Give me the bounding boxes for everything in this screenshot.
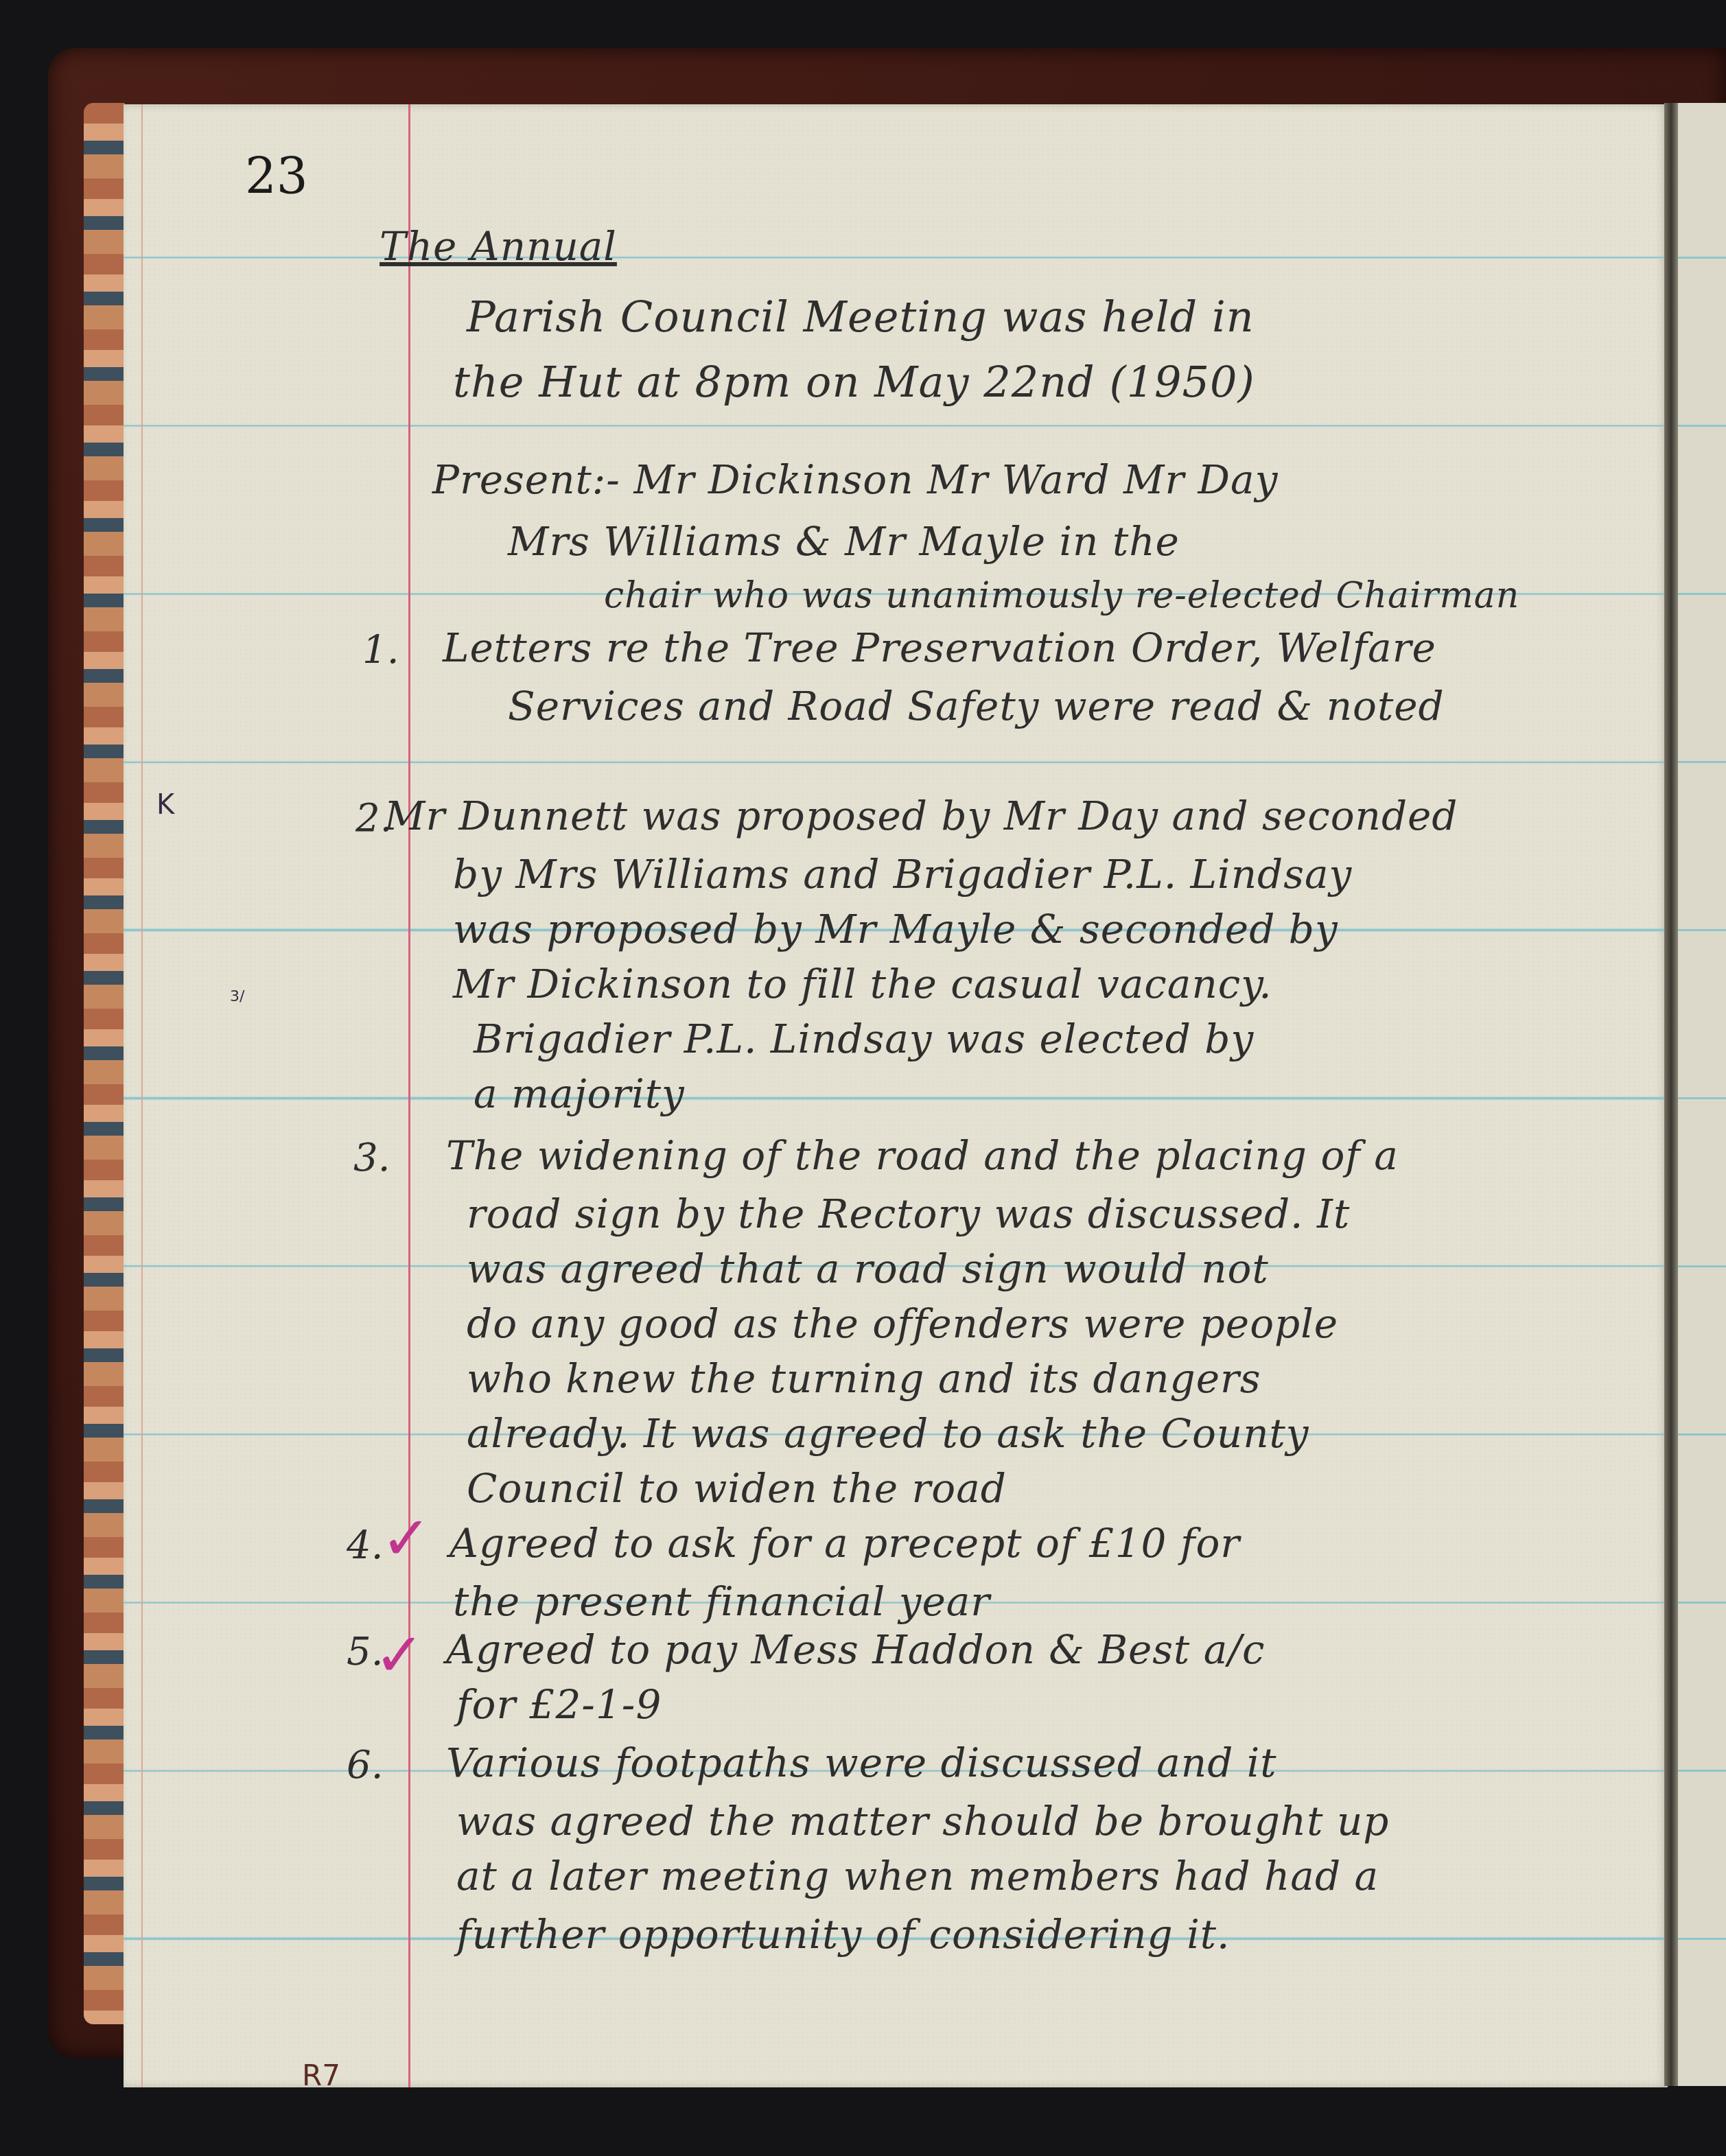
intro-line-2: the Hut at 8pm on May 22nd (1950) [453,357,1255,407]
item-2-line-5: Brigadier P.L. Lindsay was elected by [474,1016,1254,1062]
item-6-line-4: further opportunity of considering it. [456,1911,1230,1958]
item-6-number: 6. [347,1743,383,1788]
item-3-line-4: do any good as the offenders were people [467,1300,1338,1347]
item-1-number: 1. [362,628,399,672]
item-4-number: 4. [347,1523,383,1568]
item-4-tick-icon: ✓ [381,1503,432,1573]
minutes-title: The Annual [380,223,617,270]
item-6-line-2: was agreed the matter should be brought … [456,1798,1389,1844]
item-6-line-1: Various footpaths were discussed and it [446,1739,1277,1786]
item-3-line-6: already. It was agreed to ask the County [467,1410,1309,1457]
item-2-line-1: Mr Dunnett was proposed by Mr Day and se… [384,793,1458,839]
item-5-tick-icon: ✓ [374,1619,425,1690]
pencil-margin-mark: K [156,789,174,821]
left-edge-line [141,104,143,2087]
item-2-line-4: Mr Dickinson to fill the casual vacancy. [453,961,1272,1007]
item-1-line-2: Services and Road Safety were read & not… [508,683,1445,729]
present-line-3: chair who was unanimously re-elected Cha… [604,575,1519,616]
item-2-line-2: by Mrs Williams and Brigadier P.L. Linds… [453,851,1352,898]
item-5-line-1: Agreed to pay Mess Haddon & Best a/c [446,1626,1265,1673]
item-2-line-6: a majority [474,1070,685,1117]
present-line-1: Present:- Mr Dickinson Mr Ward Mr Day [432,456,1278,503]
present-line-2: Mrs Williams & Mr Mayle in the [508,518,1180,565]
facing-page-edge [1678,103,1726,2086]
item-6-line-3: at a later meeting when members had had … [456,1853,1379,1899]
item-3-line-3: was agreed that a road sign would not [467,1245,1269,1292]
item-3-line-7: Council to widen the road [467,1465,1007,1512]
page-edges [84,103,125,2024]
item-1-line-1: Letters re the Tree Preservation Order, … [443,624,1436,671]
item-2-line-3: was proposed by Mr Mayle & seconded by [453,906,1338,952]
margin-line [408,104,410,2087]
page-number: 23 [245,148,308,205]
item-3-line-1: The widening of the road and the placing… [446,1132,1399,1179]
item-3-line-5: who knew the turning and its dangers [467,1355,1261,1402]
item-3-number: 3. [353,1136,390,1180]
item-5-line-2: for £2-1-9 [456,1681,662,1728]
cover-stamp: R7 [302,2059,340,2092]
item-4-line-2: the present financial year [453,1578,990,1625]
pencil-note: 3/ [230,988,244,1005]
item-4-line-1: Agreed to ask for a precept of £10 for [450,1520,1240,1567]
item-3-line-2: road sign by the Rectory was discussed. … [467,1191,1350,1237]
book-gutter [1664,103,1678,2086]
intro-line-1: Parish Council Meeting was held in [467,292,1255,342]
